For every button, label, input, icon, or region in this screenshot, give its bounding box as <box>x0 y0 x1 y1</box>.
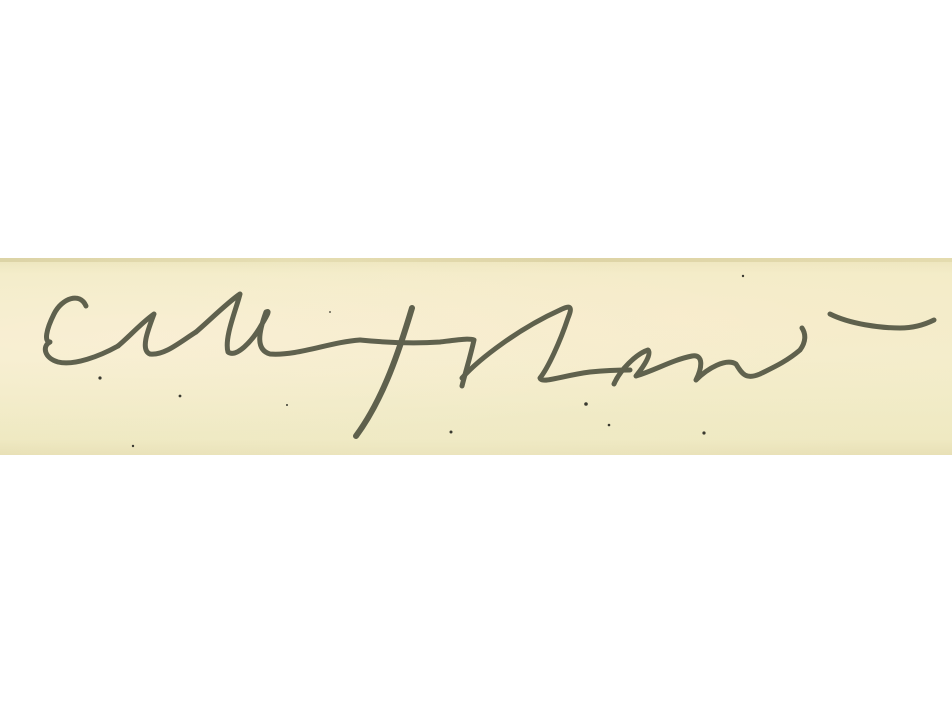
signature <box>0 258 952 455</box>
